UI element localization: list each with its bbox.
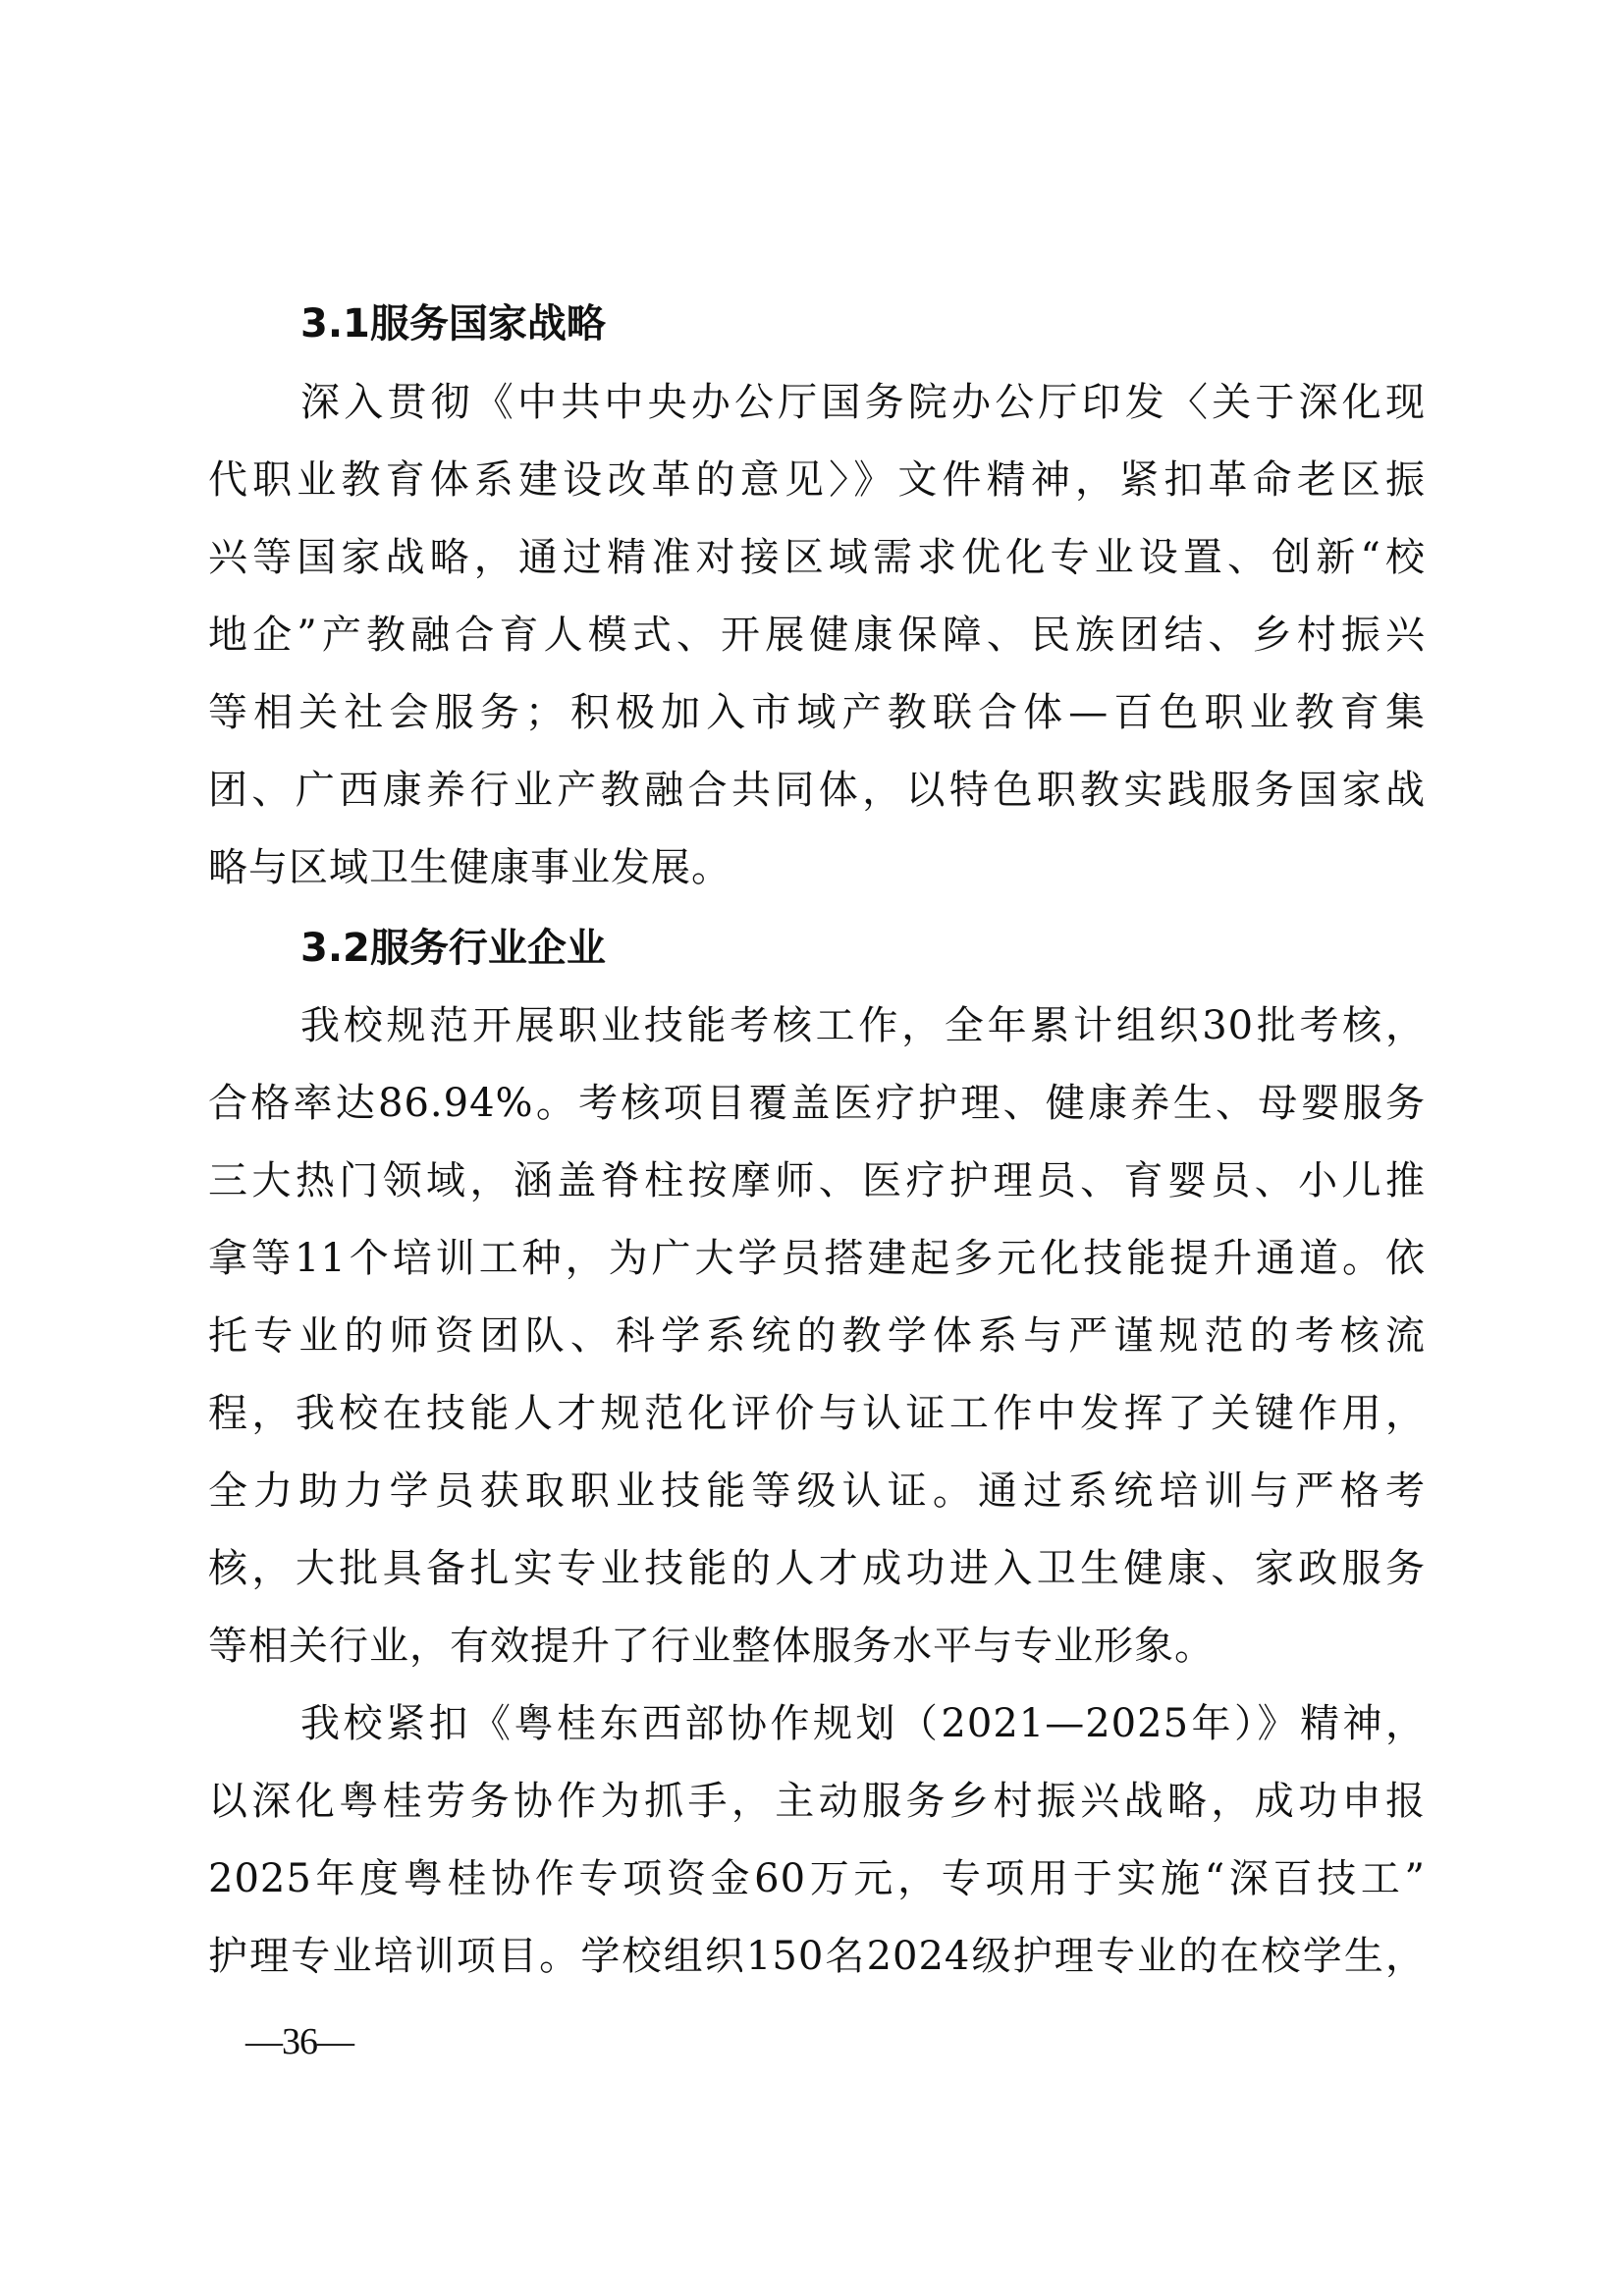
paragraph-line: 合格率达86.94%。考核项目覆盖医疗护理、健康养生、母婴服务 <box>208 1080 1426 1127</box>
paragraph-line: 等相关社会服务；积极加入市域产教联合体—百色职业教育集 <box>208 689 1426 736</box>
section-heading-3-2: 3.2服务行业企业 <box>300 925 606 972</box>
paragraph-line: 托专业的师资团队、科学系统的教学体系与严谨规范的考核流 <box>208 1312 1426 1360</box>
paragraph-line: 略与区域卫生健康事业发展。 <box>208 844 1426 891</box>
paragraph-line: 护理专业培训项目。学校组织150名2024级护理专业的在校学生， <box>208 1933 1426 1980</box>
section-heading-3-1: 3.1服务国家战略 <box>300 300 606 347</box>
paragraph-line: 2025年度粤桂协作专项资金60万元，专项用于实施“深百技工” <box>208 1855 1426 1902</box>
paragraph-line: 核，大批具备扎实专业技能的人才成功进入卫生健康、家政服务 <box>208 1545 1426 1592</box>
paragraph-line: 我校规范开展职业技能考核工作，全年累计组织30批考核， <box>300 1002 1426 1049</box>
paragraph-line: 深入贯彻《中共中央办公厅国务院办公厅印发〈关于深化现 <box>300 379 1426 426</box>
paragraph-line: 三大热门领域，涵盖脊柱按摩师、医疗护理员、育婴员、小儿推 <box>208 1157 1426 1204</box>
paragraph-line: 程，我校在技能人才规范化评价与认证工作中发挥了关键作用， <box>208 1390 1426 1437</box>
paragraph-line: 以深化粤桂劳务协作为抓手，主动服务乡村振兴战略，成功申报 <box>208 1778 1426 1825</box>
paragraph-line: 全力助力学员获取职业技能等级认证。通过系统培训与严格考 <box>208 1468 1426 1515</box>
paragraph-line: 团、广西康养行业产教融合共同体，以特色职教实践服务国家战 <box>208 767 1426 814</box>
page-number: —36— <box>245 2022 353 2061</box>
paragraph-line: 我校紧扣《粤桂东西部协作规划（2021—2025年）》精神， <box>300 1700 1426 1747</box>
paragraph-line: 代职业教育体系建设改革的意见〉》文件精神，紧扣革命老区振 <box>208 456 1426 504</box>
document-page: 3.1服务国家战略 深入贯彻《中共中央办公厅国务院办公厅印发〈关于深化现 代职业… <box>0 0 1623 2296</box>
paragraph-line: 地企”产教融合育人模式、开展健康保障、民族团结、乡村振兴 <box>208 612 1426 659</box>
paragraph-line: 拿等11个培训工种，为广大学员搭建起多元化技能提升通道。依 <box>208 1235 1426 1282</box>
paragraph-line: 兴等国家战略，通过精准对接区域需求优化专业设置、创新“校 <box>208 534 1426 581</box>
paragraph-line: 等相关行业，有效提升了行业整体服务水平与专业形象。 <box>208 1623 1426 1670</box>
